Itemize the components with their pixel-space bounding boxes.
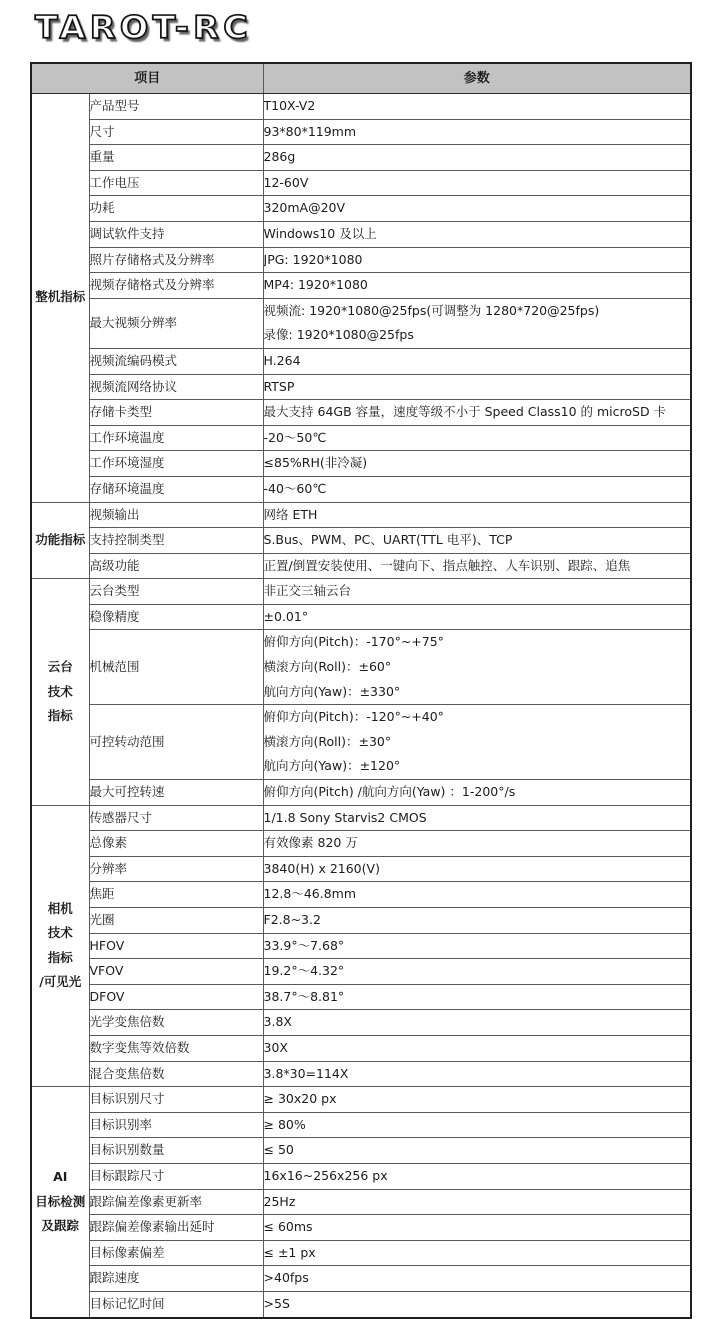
item-cell: 调试软件支持 <box>89 221 263 247</box>
value-cell: 25Hz <box>263 1189 691 1215</box>
item-cell: 数字变焦等效倍数 <box>89 1035 263 1061</box>
item-cell: 视频输出 <box>89 502 263 528</box>
table-row: 存储卡类型最大支持 64GB 容量，速度等级不小于 Speed Class10 … <box>31 400 691 426</box>
value-cell: 俯仰方向(Pitch)：-170°~+75° 横滚方向(Roll)：±60° 航… <box>263 630 691 705</box>
value-cell: T10X-V2 <box>263 94 691 120</box>
value-cell: 19.2°～4.32° <box>263 959 691 985</box>
table-row: AI 目标检测 及跟踪目标识别尺寸≥ 30x20 px <box>31 1087 691 1113</box>
item-cell: 视频流网络协议 <box>89 374 263 400</box>
value-cell: ±0.01° <box>263 604 691 630</box>
category-cell: AI 目标检测 及跟踪 <box>31 1087 89 1318</box>
table-row: 重量286g <box>31 145 691 171</box>
table-row: 跟踪偏差像素输出延时≤ 60ms <box>31 1215 691 1241</box>
table-row: 云台 技术 指标云台类型非正交三轴云台 <box>31 579 691 605</box>
item-cell: 总像素 <box>89 831 263 857</box>
item-cell: 视频存储格式及分辨率 <box>89 273 263 299</box>
table-row: 高级功能正置/倒置安装使用、一键向下、指点触控、人车识别、跟踪、追焦 <box>31 553 691 579</box>
table-row: 视频流网络协议RTSP <box>31 374 691 400</box>
item-cell: 工作环境温度 <box>89 425 263 451</box>
table-row: 最大可控转速俯仰方向(Pitch) /航向方向(Yaw) ：1-200°/s <box>31 780 691 806</box>
table-row: 目标识别数量≤ 50 <box>31 1138 691 1164</box>
item-cell: 光圈 <box>89 908 263 934</box>
table-row: 照片存储格式及分辨率JPG: 1920*1080 <box>31 247 691 273</box>
category-cell: 云台 技术 指标 <box>31 579 89 805</box>
table-row: 稳像精度±0.01° <box>31 604 691 630</box>
table-row: 调试软件支持Windows10 及以上 <box>31 221 691 247</box>
item-cell: 功耗 <box>89 196 263 222</box>
table-row: 可控转动范围俯仰方向(Pitch)：-120°~+40° 横滚方向(Roll)：… <box>31 705 691 780</box>
table-row: 目标跟踪尺寸16x16~256x256 px <box>31 1163 691 1189</box>
value-cell: MP4: 1920*1080 <box>263 273 691 299</box>
category-cell: 功能指标 <box>31 502 89 579</box>
item-cell: 产品型号 <box>89 94 263 120</box>
value-cell: 30X <box>263 1035 691 1061</box>
value-cell: 非正交三轴云台 <box>263 579 691 605</box>
item-cell: 最大视频分辨率 <box>89 298 263 348</box>
table-row: 视频流编码模式H.264 <box>31 348 691 374</box>
table-row: 支持控制类型S.Bus、PWM、PC、UART(TTL 电平)、TCP <box>31 528 691 554</box>
value-cell: 93*80*119mm <box>263 119 691 145</box>
value-cell: ≤ ±1 px <box>263 1240 691 1266</box>
item-cell: 分辨率 <box>89 856 263 882</box>
value-cell: 286g <box>263 145 691 171</box>
item-cell: 存储环境温度 <box>89 476 263 502</box>
item-cell: 工作环境湿度 <box>89 451 263 477</box>
value-cell: >5S <box>263 1291 691 1317</box>
item-cell: 重量 <box>89 145 263 171</box>
table-row: 目标识别率≥ 80% <box>31 1112 691 1138</box>
table-row: 焦距12.8～46.8mm <box>31 882 691 908</box>
table-row: 视频存储格式及分辨率MP4: 1920*1080 <box>31 273 691 299</box>
table-row: HFOV33.9°～7.68° <box>31 933 691 959</box>
value-cell: 12-60V <box>263 170 691 196</box>
tarot-rc-logo: TAROT-RC <box>35 10 252 46</box>
item-cell: 稳像精度 <box>89 604 263 630</box>
item-cell: 光学变焦倍数 <box>89 1010 263 1036</box>
table-row: 最大视频分辨率视频流: 1920*1080@25fps(可调整为 1280*72… <box>31 298 691 348</box>
spec-table: 项目 参数 整机指标产品型号T10X-V2尺寸93*80*119mm重量286g… <box>30 62 692 1319</box>
table-row: 目标记忆时间>5S <box>31 1291 691 1317</box>
table-row: 混合变焦倍数3.8*30=114X <box>31 1061 691 1087</box>
item-cell: 目标识别尺寸 <box>89 1087 263 1113</box>
item-cell: 焦距 <box>89 882 263 908</box>
table-row: 数字变焦等效倍数30X <box>31 1035 691 1061</box>
table-row: 机械范围俯仰方向(Pitch)：-170°~+75° 横滚方向(Roll)：±6… <box>31 630 691 705</box>
item-cell: 目标识别数量 <box>89 1138 263 1164</box>
table-row: 目标像素偏差≤ ±1 px <box>31 1240 691 1266</box>
table-row: 跟踪偏差像素更新率25Hz <box>31 1189 691 1215</box>
item-cell: 存储卡类型 <box>89 400 263 426</box>
item-cell: 最大可控转速 <box>89 780 263 806</box>
item-cell: 目标像素偏差 <box>89 1240 263 1266</box>
item-cell: 目标识别率 <box>89 1112 263 1138</box>
item-cell: 传感器尺寸 <box>89 805 263 831</box>
table-row: 分辨率3840(H) x 2160(V) <box>31 856 691 882</box>
value-cell: 正置/倒置安装使用、一键向下、指点触控、人车识别、跟踪、追焦 <box>263 553 691 579</box>
value-cell: ≤ 50 <box>263 1138 691 1164</box>
value-cell: RTSP <box>263 374 691 400</box>
header-item-column: 项目 <box>31 63 263 94</box>
item-cell: 可控转动范围 <box>89 705 263 780</box>
value-cell: JPG: 1920*1080 <box>263 247 691 273</box>
table-row: 工作环境温度-20～50℃ <box>31 425 691 451</box>
header-value-column: 参数 <box>263 63 691 94</box>
item-cell: 支持控制类型 <box>89 528 263 554</box>
value-cell: 俯仰方向(Pitch) /航向方向(Yaw) ：1-200°/s <box>263 780 691 806</box>
value-cell: H.264 <box>263 348 691 374</box>
value-cell: 33.9°～7.68° <box>263 933 691 959</box>
value-cell: 网络 ETH <box>263 502 691 528</box>
header-row: 项目 参数 <box>31 63 691 94</box>
table-row: 功能指标视频输出网络 ETH <box>31 502 691 528</box>
table-row: VFOV19.2°～4.32° <box>31 959 691 985</box>
value-cell: -40～60℃ <box>263 476 691 502</box>
value-cell: 视频流: 1920*1080@25fps(可调整为 1280*720@25fps… <box>263 298 691 348</box>
value-cell: -20～50℃ <box>263 425 691 451</box>
item-cell: 跟踪速度 <box>89 1266 263 1292</box>
value-cell: 有效像素 820 万 <box>263 831 691 857</box>
value-cell: ≤ 60ms <box>263 1215 691 1241</box>
table-row: 跟踪速度>40fps <box>31 1266 691 1292</box>
value-cell: >40fps <box>263 1266 691 1292</box>
value-cell: Windows10 及以上 <box>263 221 691 247</box>
category-cell: 相机 技术 指标 /可见光 <box>31 805 89 1087</box>
table-row: 功耗320mA@20V <box>31 196 691 222</box>
value-cell: 俯仰方向(Pitch)：-120°~+40° 横滚方向(Roll)：±30° 航… <box>263 705 691 780</box>
table-row: 工作电压12-60V <box>31 170 691 196</box>
value-cell: 3.8X <box>263 1010 691 1036</box>
value-cell: 3.8*30=114X <box>263 1061 691 1087</box>
value-cell: ≤85%RH(非冷凝) <box>263 451 691 477</box>
value-cell: 38.7°～8.81° <box>263 984 691 1010</box>
value-cell: S.Bus、PWM、PC、UART(TTL 电平)、TCP <box>263 528 691 554</box>
value-cell: 1/1.8 Sony Starvis2 CMOS <box>263 805 691 831</box>
table-row: 光学变焦倍数3.8X <box>31 1010 691 1036</box>
item-cell: 目标跟踪尺寸 <box>89 1163 263 1189</box>
table-row: 工作环境湿度≤85%RH(非冷凝) <box>31 451 691 477</box>
spec-table-header: 项目 参数 <box>31 63 691 94</box>
item-cell: 高级功能 <box>89 553 263 579</box>
item-cell: 视频流编码模式 <box>89 348 263 374</box>
item-cell: HFOV <box>89 933 263 959</box>
item-cell: 机械范围 <box>89 630 263 705</box>
value-cell: 3840(H) x 2160(V) <box>263 856 691 882</box>
value-cell: ≥ 30x20 px <box>263 1087 691 1113</box>
item-cell: 云台类型 <box>89 579 263 605</box>
value-cell: 12.8～46.8mm <box>263 882 691 908</box>
value-cell: ≥ 80% <box>263 1112 691 1138</box>
item-cell: 跟踪偏差像素输出延时 <box>89 1215 263 1241</box>
table-row: 尺寸93*80*119mm <box>31 119 691 145</box>
item-cell: 尺寸 <box>89 119 263 145</box>
item-cell: 工作电压 <box>89 170 263 196</box>
value-cell: F2.8~3.2 <box>263 908 691 934</box>
table-row: DFOV38.7°～8.81° <box>31 984 691 1010</box>
item-cell: 混合变焦倍数 <box>89 1061 263 1087</box>
table-row: 相机 技术 指标 /可见光传感器尺寸1/1.8 Sony Starvis2 CM… <box>31 805 691 831</box>
table-row: 存储环境温度-40～60℃ <box>31 476 691 502</box>
value-cell: 最大支持 64GB 容量，速度等级不小于 Speed Class10 的 mic… <box>263 400 691 426</box>
spec-table-body: 整机指标产品型号T10X-V2尺寸93*80*119mm重量286g工作电压12… <box>31 94 691 1318</box>
item-cell: 照片存储格式及分辨率 <box>89 247 263 273</box>
table-row: 总像素有效像素 820 万 <box>31 831 691 857</box>
item-cell: 目标记忆时间 <box>89 1291 263 1317</box>
value-cell: 320mA@20V <box>263 196 691 222</box>
item-cell: VFOV <box>89 959 263 985</box>
item-cell: 跟踪偏差像素更新率 <box>89 1189 263 1215</box>
value-cell: 16x16~256x256 px <box>263 1163 691 1189</box>
category-cell: 整机指标 <box>31 94 89 503</box>
item-cell: DFOV <box>89 984 263 1010</box>
table-row: 光圈F2.8~3.2 <box>31 908 691 934</box>
table-row: 整机指标产品型号T10X-V2 <box>31 94 691 120</box>
